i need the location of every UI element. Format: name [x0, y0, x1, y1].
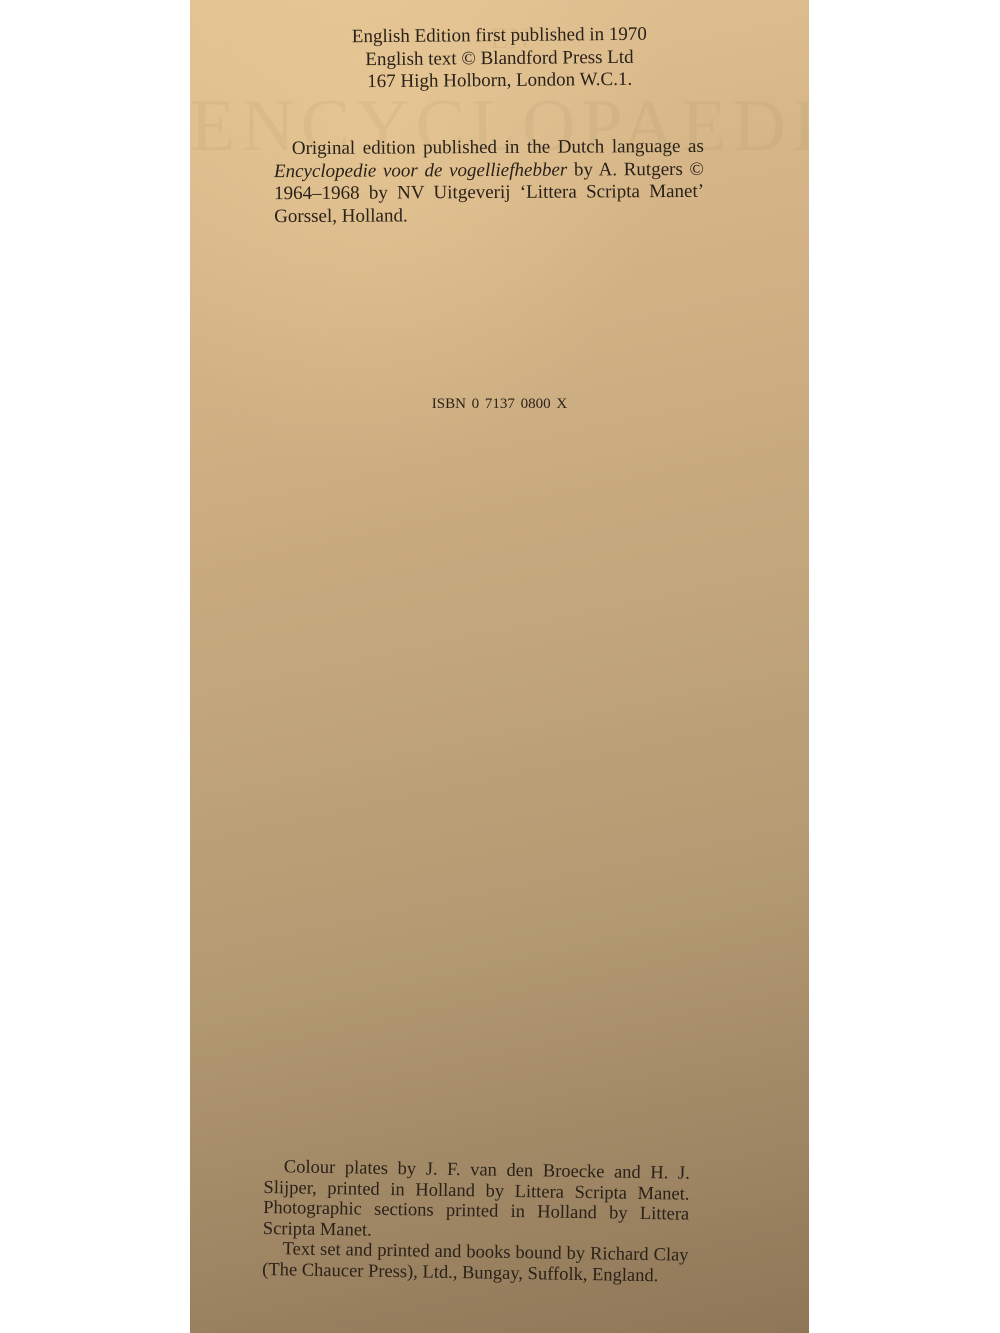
- edition-info: English Edition first published in 1970 …: [190, 22, 810, 95]
- original-text-before: Original edition published in the Dutch …: [292, 136, 704, 159]
- printing-paragraph-1: Colour plates by J. F. van den Broecke a…: [263, 1157, 690, 1246]
- printing-paragraph-2: Text set and printed and books bound by …: [262, 1239, 689, 1287]
- original-edition-info: Original edition published in the Dutch …: [274, 136, 704, 228]
- printing-info: Colour plates by J. F. van den Broecke a…: [262, 1157, 690, 1287]
- book-page: EN ENCYCLOPAEDIA English Edition first p…: [190, 0, 809, 1333]
- isbn: ISBN 0 7137 0800 X: [190, 396, 809, 413]
- original-title: Encyclopedie voor de vogelliefhebber: [274, 159, 567, 182]
